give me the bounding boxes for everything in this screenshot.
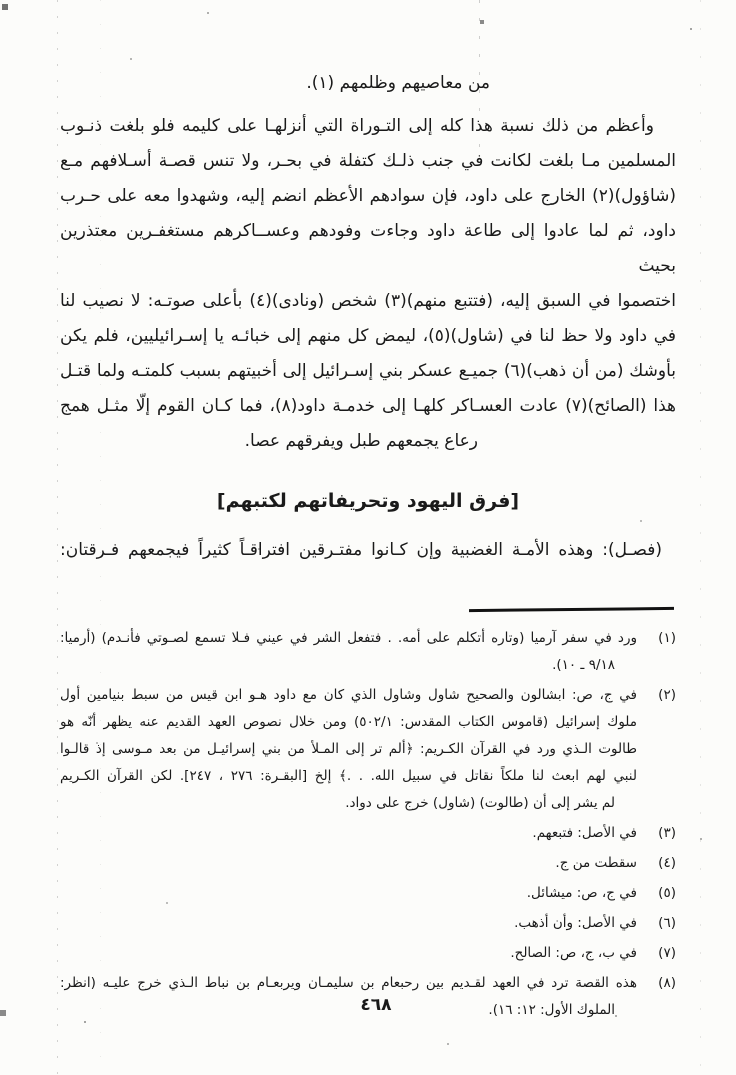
footnote-line: في الأصل: فتبعهم. [60, 820, 637, 847]
footnote-number: (٢) [646, 682, 676, 817]
footnote: (٦)في الأصل: وأن أذهب. [60, 910, 676, 937]
footnote-line: في ج، ص: ابشالون والصحيح شاول وشاول الذي… [60, 682, 637, 709]
footnote-number: (٣) [646, 820, 676, 847]
body-line: هذا (الصائح)(٧) عادت العسـاكر كلهـا إلى … [60, 389, 676, 424]
body-line: رعاع يجمعهم طبل ويفرقهم عصا. [60, 424, 676, 459]
footnote-line: في ج، ص: ميشائل. [60, 880, 637, 907]
footnote-number: (٦) [646, 910, 676, 937]
body-line: في داود ولا حظ لنا في (شاول)(٥)، ليمض كل… [60, 319, 676, 354]
body-line: بأوشك (من أن ذهب)(٦) جميـع عسكر بني إسـر… [60, 354, 676, 389]
fasl-paragraph-line: (فصـل): وهذه الأمـة الغضبية وإن كـانوا م… [60, 533, 676, 568]
body-line: وأعظم من ذلك نسبة هذا كله إلى التـوراة ا… [60, 109, 676, 144]
footnote-text: سقطت من ج. [60, 850, 637, 877]
footnote-text: في الأصل: وأن أذهب. [60, 910, 637, 937]
footnote-line: طالوت الـذي ورد في القرآن الكـريم: ﴿ألم … [60, 736, 637, 763]
body-line: داود، ثم لما عادوا إلى طاعة داود وجاءت و… [60, 214, 676, 284]
footnote-line: ٩/١٨ ـ ١٠). [60, 652, 637, 679]
footnote: (٥)في ج، ص: ميشائل. [60, 880, 676, 907]
footnote-line: لم يشر إلى أن (طالوت) (شاول) خرج على دوا… [60, 790, 637, 817]
footnote-number: (٧) [646, 940, 676, 967]
page-number: ٤٦٨ [8, 995, 736, 1015]
footnote-text: في ج، ص: ميشائل. [60, 880, 637, 907]
footnote-separator [469, 607, 674, 612]
footnote: (٢)في ج، ص: ابشالون والصحيح شاول وشاول ا… [60, 682, 676, 817]
main-paragraph: وأعظم من ذلك نسبة هذا كله إلى التـوراة ا… [60, 109, 676, 459]
footnote: (٧)في ب، ج، ص: الصالح. [60, 940, 676, 967]
body-line: المسلمين مـا بلغت لكانت في جنب ذلـك كتفل… [60, 144, 676, 179]
section-heading: [فرق اليهود وتحريفاتهم لكتبهم] [60, 485, 676, 517]
footnote-line: في الأصل: وأن أذهب. [60, 910, 637, 937]
body-line: اختصموا في السبق إليه، (فتتبع منهم)(٣) ش… [60, 284, 676, 319]
page-content: من معاصيهم وظلمهم (١). وأعظم من ذلك نسبة… [0, 0, 736, 1024]
footnote-line: ملوك إسرائيل (قاموس الكتاب المقدس: ٥٠٢/١… [60, 709, 637, 736]
footnote: (١)ورد في سفر آرميا (وتاره أتكلم على أمه… [60, 625, 676, 679]
footnote-text: في ب، ج، ص: الصالح. [60, 940, 637, 967]
carryover-line: من معاصيهم وظلمهم (١). [60, 66, 676, 101]
footnotes-block: (١)ورد في سفر آرميا (وتاره أتكلم على أمه… [60, 625, 676, 1024]
footnote-line: لنبي لهم ابعث لنا ملكاً نقاتل في سبيل ال… [60, 763, 637, 790]
footnote-line: هذه القصة ترد في العهد لقـديم بين رحبعام… [60, 970, 637, 997]
footnote-number: (١) [646, 625, 676, 679]
footnote-line: في ب، ج، ص: الصالح. [60, 940, 637, 967]
footnote: (٤)سقطت من ج. [60, 850, 676, 877]
footnote-number: (٤) [646, 850, 676, 877]
footnote-text: في ج، ص: ابشالون والصحيح شاول وشاول الذي… [60, 682, 637, 817]
scanned-book-page: من معاصيهم وظلمهم (١). وأعظم من ذلك نسبة… [0, 0, 736, 1075]
footnote-text: في الأصل: فتبعهم. [60, 820, 637, 847]
footnote-text: ورد في سفر آرميا (وتاره أتكلم على أمه. .… [60, 625, 637, 679]
footnote: (٣)في الأصل: فتبعهم. [60, 820, 676, 847]
footnote-line: سقطت من ج. [60, 850, 637, 877]
body-line: (شاؤول)(٢) الخارج على داود، فإن سوادهم ا… [60, 179, 676, 214]
footnote-line: ورد في سفر آرميا (وتاره أتكلم على أمه. .… [60, 625, 637, 652]
footnote-number: (٥) [646, 880, 676, 907]
